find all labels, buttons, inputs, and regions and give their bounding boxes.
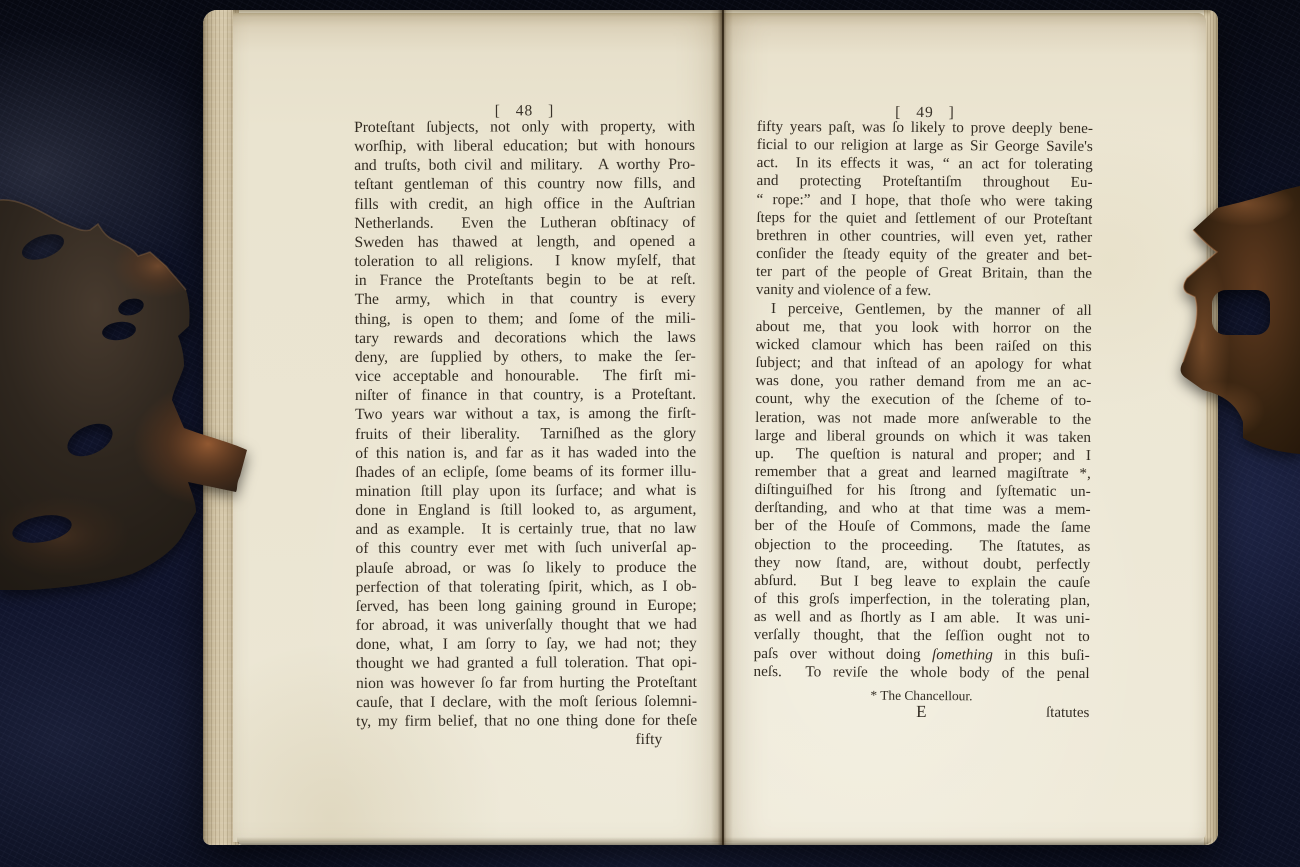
text-line: leration, was not made more anſwerable t… xyxy=(755,408,1091,428)
text-line: fills with credit, an high office in the… xyxy=(354,193,695,213)
text-line: toleration to all religions. I know myſe… xyxy=(354,251,695,271)
page-49: [ 49 ] fifty years paſt, was ſo likely t… xyxy=(722,13,1206,842)
text-line: ficial to our religion at large as Sir G… xyxy=(757,136,1093,156)
page-49-content: [ 49 ] fifty years paſt, was ſo likely t… xyxy=(718,13,1207,845)
text-line: of this groſs imperfection, in the toler… xyxy=(754,590,1090,610)
text-line: ty, my firm belief, that no one thing do… xyxy=(356,711,697,731)
text-line: teſtant gentleman of this country now fi… xyxy=(354,174,695,194)
text-line: thought we had granted a full toleration… xyxy=(356,653,697,673)
text-line: Proteſtant ſubjects, not only with prope… xyxy=(354,117,695,137)
text-line: and as example. It is certainly true, th… xyxy=(355,519,696,539)
right-clasp-body xyxy=(1180,186,1300,456)
text-line: ſteps for the quiet and ſettlement of ou… xyxy=(756,209,1092,229)
text-line: paſs over without doing ſomething in thi… xyxy=(754,644,1090,664)
text-line: as well and as ſhortly as I am able. It … xyxy=(754,608,1090,628)
text-line: was done, you rather demand from me an a… xyxy=(755,372,1091,392)
text-line: derſtanding, and who at that time was a … xyxy=(755,499,1091,519)
text-line: ſubject; and that inſtead of an apology … xyxy=(755,354,1091,374)
text-line: neſs. To reviſe the whole body of the pe… xyxy=(754,663,1090,683)
left-metal-clasp-icon xyxy=(0,186,252,590)
text-line: Sweden has thawed at length, and opened … xyxy=(354,232,695,252)
text-line: conſider the ſteady equity of the greate… xyxy=(756,245,1092,265)
open-book: [ 48 ] Proteſtant ſubjects, not only wit… xyxy=(203,10,1218,845)
text-line: niſter of finance in that country, is a … xyxy=(355,385,696,405)
text-line: done in England is ſtill looked to, as a… xyxy=(355,500,696,520)
text-line: wicked clamour which has been raiſed on … xyxy=(756,336,1092,356)
text-line: and truſts, both civil and military. A w… xyxy=(354,155,695,175)
text-line: remember that a great and learned magiſt… xyxy=(755,463,1091,483)
catchword-right: ſtatutes xyxy=(1046,705,1089,722)
text-line: ter part of the people of Great Britain,… xyxy=(756,263,1092,283)
text-line: cauſe, that I declare, with the moſt ſer… xyxy=(356,691,697,711)
text-line: they now ſtand, are, without doubt, perf… xyxy=(754,554,1090,574)
text-line: deny, are ſupplied by others, to make th… xyxy=(355,347,696,367)
text-line: large and liberal grounds on which it wa… xyxy=(755,427,1091,447)
text-line: worſhip, with liberal education; but wit… xyxy=(354,136,695,156)
text-line: fifty years paſt, was ſo likely to prove… xyxy=(757,118,1093,138)
text-line: in France the Proteſtants begin to be at… xyxy=(355,270,696,290)
page-48-text: Proteſtant ſubjects, not only with prope… xyxy=(354,117,697,731)
text-line: vice acceptable and honourable. The firſ… xyxy=(355,366,696,386)
text-line: verſally thought, that the ſeſſion ought… xyxy=(754,626,1090,646)
text-line: plauſe abroad, or was ſo likely to produ… xyxy=(356,557,697,577)
book-gutter xyxy=(711,10,733,845)
page-48: [ 48 ] Proteſtant ſubjects, not only wit… xyxy=(233,13,722,842)
text-line: tary rewards and decorations which the l… xyxy=(355,328,696,348)
text-line: about me, that you look with horror on t… xyxy=(756,318,1092,338)
page-49-text: fifty years paſt, was ſo likely to prove… xyxy=(754,118,1093,683)
page-48-content: [ 48 ] Proteſtant ſubjects, not only wit… xyxy=(233,12,725,843)
text-line: up. The queſtion is natural and proper; … xyxy=(755,445,1091,465)
text-line: The army, which in that country is every xyxy=(355,289,696,309)
text-line: nion was however ſo far from hurting the… xyxy=(356,672,697,692)
text-line: diſtinguiſhed for his ſtrong and ſyſtema… xyxy=(755,481,1091,501)
text-line: perfection of that tolerating ſpirit, wh… xyxy=(356,577,697,597)
text-line: Netherlands. Even the Lutheran obſtinacy… xyxy=(354,213,695,233)
catchword-left: fifty xyxy=(356,731,662,750)
text-line: ſhades of an eclipſe, ſome beams of its … xyxy=(355,462,696,482)
text-line: I perceive, Gentlemen, by the manner of … xyxy=(756,300,1092,320)
right-metal-clasp-icon xyxy=(1180,186,1300,456)
text-line: ſerved, has been long gaining ground in … xyxy=(356,596,697,616)
text-line: vanity and violence of a few. xyxy=(756,281,1092,301)
text-line: and protecting Proteſtantiſm throughout … xyxy=(757,172,1093,192)
signature-mark: E xyxy=(753,701,1089,723)
text-line: “ rope:” and I hope, that thoſe who were… xyxy=(756,191,1092,211)
text-line: count, why the execution of the ſcheme o… xyxy=(755,390,1091,410)
book-photograph: [ 48 ] Proteſtant ſubjects, not only wit… xyxy=(0,0,1300,867)
signature-row: E ſtatutes xyxy=(753,701,1089,725)
text-line: mination ſtill play upon its ſurface; an… xyxy=(355,481,696,501)
text-line: brethren in other countries, will even y… xyxy=(756,227,1092,247)
text-line: fruits of their liberality. Tarniſhed as… xyxy=(355,423,696,443)
text-line: objection to the proceeding. The ſtatute… xyxy=(754,536,1090,556)
text-line: of this nation is, and far as it has wad… xyxy=(355,442,696,462)
text-line: of this country ever met with ſuch unive… xyxy=(355,538,696,558)
text-line: ber of the Houſe of Commons, made the ſa… xyxy=(754,517,1090,537)
text-line: thing, is open to them; and ſome of the … xyxy=(355,308,696,328)
text-line: abſurd. But I beg leave to explain the c… xyxy=(754,572,1090,592)
text-line: act. In its effects it was, “ an act for… xyxy=(757,154,1093,174)
text-line: done, what, I am ſorry to ſay, we had no… xyxy=(356,634,697,654)
text-line: Two years war without a tax, is among th… xyxy=(355,404,696,424)
text-line: for abroad, it was univerſally thought t… xyxy=(356,615,697,635)
